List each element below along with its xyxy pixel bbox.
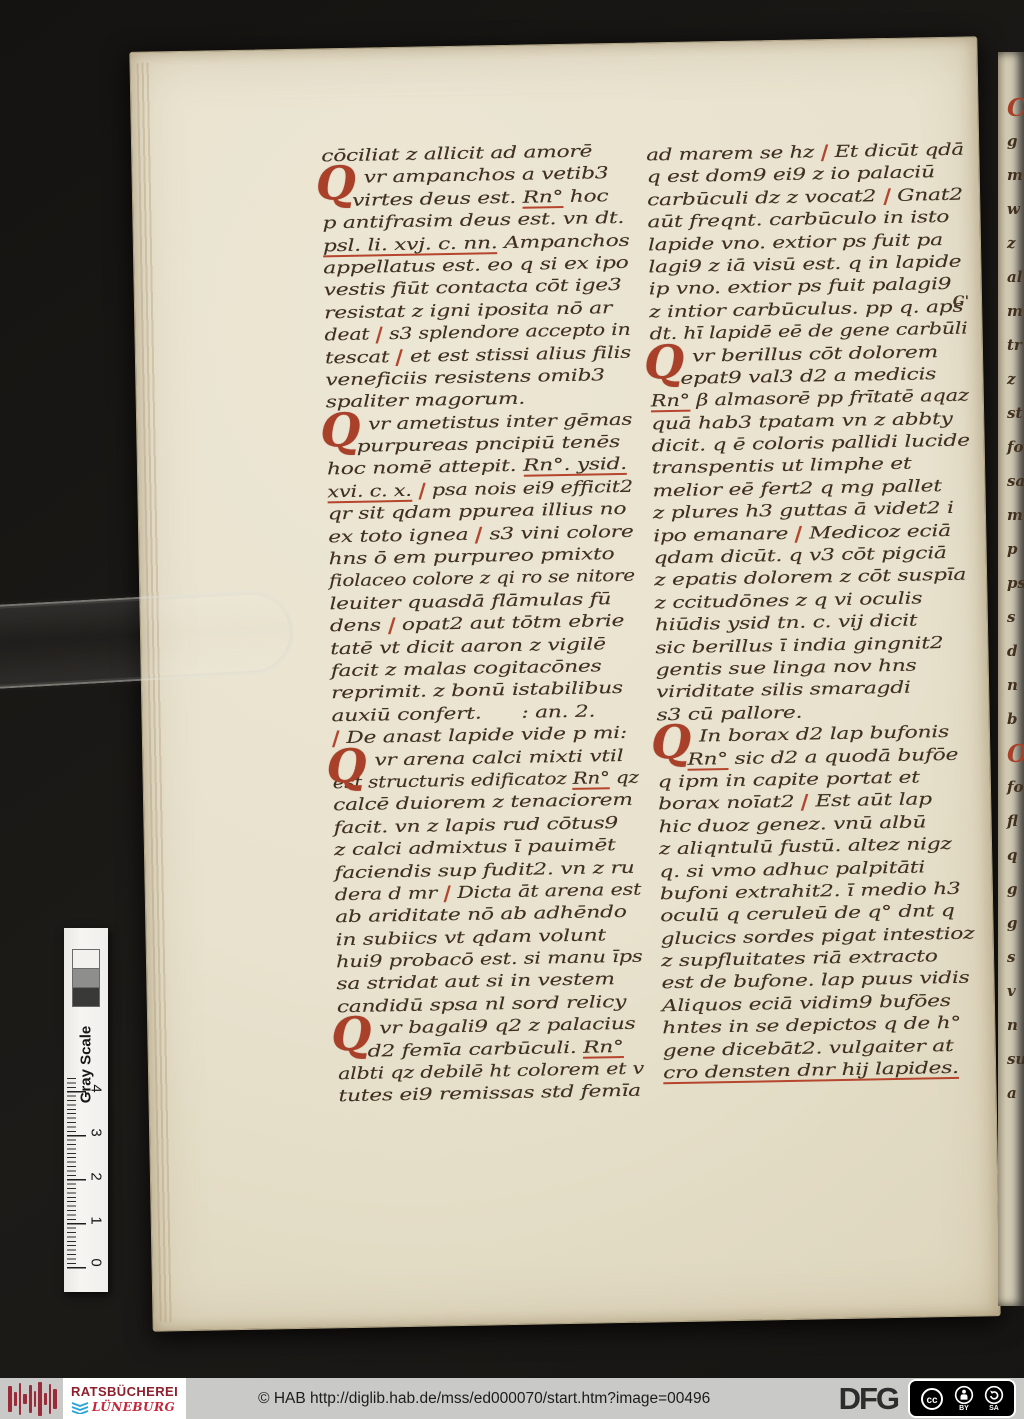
facing-text-fragment: fo: [1007, 780, 1023, 795]
rubric-initial: Q: [644, 341, 685, 382]
facing-text-fragment: a: [1007, 1086, 1017, 1101]
ruler-number: 3: [88, 1125, 105, 1141]
facing-text-fragment: s: [1007, 610, 1015, 625]
logo-bar: [53, 1389, 57, 1409]
facing-text-fragment: b: [1007, 712, 1018, 727]
logo-bar: [49, 1384, 52, 1414]
grayscale-ruler: Gray Scale 43210: [64, 928, 108, 1292]
logo-bar: [23, 1394, 27, 1404]
facing-text-fragment: n: [1007, 1018, 1018, 1033]
logo-bar: [44, 1393, 47, 1405]
facing-text-fragment: v: [1007, 984, 1016, 999]
ruler-major-ticks: [67, 1091, 86, 1270]
facing-text-fragment: n: [1007, 678, 1018, 693]
cc-logo-icon: cc: [920, 1387, 944, 1411]
ruler-number: 2: [88, 1169, 105, 1185]
facing-page-edge: CgmwzalmtrzstfosamppssdnbOfoflqggsvnsua: [998, 52, 1024, 1306]
logo-bar: [14, 1392, 17, 1406]
facing-text-fragment: g: [1007, 882, 1018, 897]
ruler-number: 1: [88, 1213, 105, 1229]
library-name-line2: LÜNEBURG: [92, 1400, 175, 1414]
dfg-logo: DFG: [839, 1383, 898, 1414]
grayscale-patch: [72, 949, 100, 969]
rubric-initial: Q: [651, 722, 692, 763]
facing-rubric-fragment: O: [1007, 746, 1024, 761]
facing-rubric-fragment: C: [1007, 100, 1024, 115]
cc-license-badge: cc BY SA: [908, 1379, 1016, 1418]
grayscale-patch: [72, 987, 100, 1007]
rubric-initial: Q: [326, 745, 367, 786]
footer-bar: RATSBÜCHEREI LÜNEBURG © HAB http://digli…: [0, 1378, 1024, 1419]
rubric-initial: Q: [331, 1014, 372, 1055]
svg-text:cc: cc: [926, 1395, 938, 1406]
facing-text-fragment: q: [1007, 848, 1018, 863]
logo-bar: [34, 1391, 37, 1407]
facing-text-fragment: w: [1007, 202, 1020, 217]
cc-sa-icon: SA: [984, 1385, 1004, 1412]
facing-text-fragment: p: [1007, 542, 1018, 557]
cc-by-icon: BY: [954, 1385, 974, 1412]
marginal-mark: G': [953, 294, 970, 310]
ruler-number: 4: [88, 1081, 105, 1097]
facing-text-fragment: g: [1007, 134, 1018, 149]
facing-text-fragment: fl: [1007, 814, 1018, 829]
manuscript-page: cōciliat z allicit ad amorēQvr ampanchos…: [129, 36, 1000, 1331]
manuscript-line: cro densten dnr hij lapides.: [663, 1056, 981, 1084]
logo-bar: [19, 1383, 22, 1415]
facing-text-fragment: m: [1007, 304, 1023, 319]
logo-bar: [8, 1386, 12, 1412]
book-waves-icon: [71, 1400, 89, 1414]
library-name-line1: RATSBÜCHEREI: [71, 1384, 178, 1399]
manuscript-left-column: cōciliat z allicit ad amorēQvr ampanchos…: [321, 140, 645, 1108]
facing-text-fragment: st: [1007, 406, 1022, 421]
grayscale-patches: [72, 950, 100, 1007]
facing-text-fragment: fo: [1007, 440, 1023, 455]
facing-text-fragment: g: [1007, 916, 1018, 931]
logo-bar: [38, 1382, 42, 1416]
rubric-initial: Q: [320, 409, 361, 450]
grayscale-patch: [72, 968, 100, 988]
copyright-attribution: © HAB http://diglib.hab.de/mss/ed000070/…: [258, 1390, 710, 1408]
manuscript-right-column: ad marem se hz | Et dicūt qdāq est dom9 …: [646, 139, 981, 1085]
facing-text-fragment: m: [1007, 508, 1023, 523]
facing-text-fragment: sa: [1007, 474, 1024, 489]
glass-page-weight: [0, 588, 296, 689]
facing-text-fragment: tr: [1007, 338, 1022, 353]
facing-text-fragment: ps: [1007, 576, 1024, 591]
library-bars-logo: [8, 1378, 57, 1419]
library-logo: RATSBÜCHEREI LÜNEBURG: [63, 1378, 186, 1419]
photo-stage: cōciliat z allicit ad amorēQvr ampanchos…: [0, 0, 1024, 1419]
facing-text-fragment: m: [1007, 168, 1023, 183]
facing-text-fragment: al: [1007, 270, 1022, 285]
facing-text-fragment: d: [1007, 644, 1018, 659]
facing-text-fragment: s: [1007, 950, 1015, 965]
rubric-initial: Q: [315, 163, 356, 204]
logo-bar: [29, 1385, 32, 1413]
ruler-number: 0: [88, 1255, 105, 1271]
facing-text-fragment: z: [1007, 372, 1016, 387]
facing-text-fragment: su: [1007, 1052, 1024, 1067]
facing-text-fragment: z: [1007, 236, 1016, 251]
manuscript-line: tutes ei9 remissas std femīa: [338, 1080, 644, 1108]
